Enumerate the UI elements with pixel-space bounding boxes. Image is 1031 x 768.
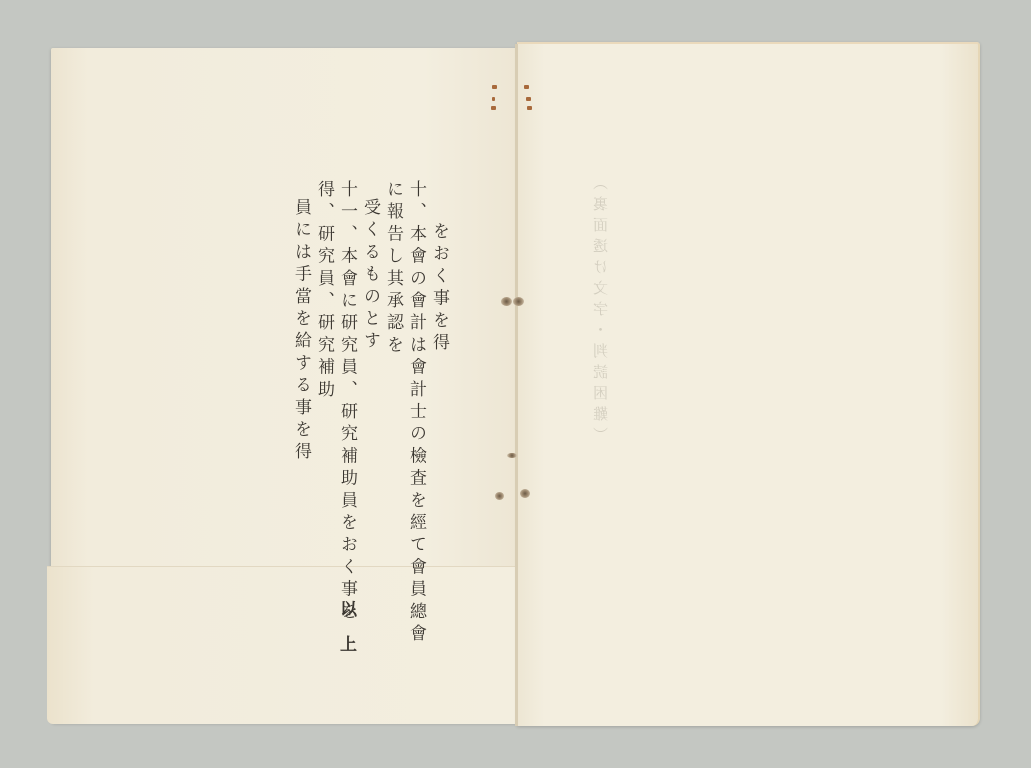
binding-hole [495, 492, 504, 500]
binding-hole [501, 297, 512, 306]
closing-mark: 以上 [334, 600, 359, 670]
text-column-4: 十一、本會に研究員、研究補助員をおく事を得、研究員、研究補助 [312, 180, 358, 660]
text-column-1: をおく事を得 [427, 180, 450, 660]
binding-hole [507, 453, 517, 458]
binding-hole [513, 297, 524, 306]
text-column-2: 十、本會の會計は會計士の檢査を經て會員總會に報告し其承認を [381, 180, 427, 660]
staple-rust-mark [492, 97, 495, 101]
text-column-5: 員には手當を給する事を得 [289, 180, 312, 660]
staple-rust-mark [526, 97, 531, 101]
article-text: をおく事を得 十、本會の會計は會計士の檢査を經て會員總會に報告し其承認を 受くる… [330, 180, 450, 660]
staple-rust-mark [492, 85, 497, 89]
text-column-3: 受くるものとす [358, 180, 381, 660]
binding-hole [520, 489, 530, 498]
staple-rust-mark [524, 85, 529, 89]
staple-rust-mark [491, 106, 496, 110]
staple-rust-mark [527, 106, 532, 110]
bleed-through-text: （裏面透け文字・判読困難） [590, 175, 800, 645]
binding-spine [515, 44, 518, 726]
